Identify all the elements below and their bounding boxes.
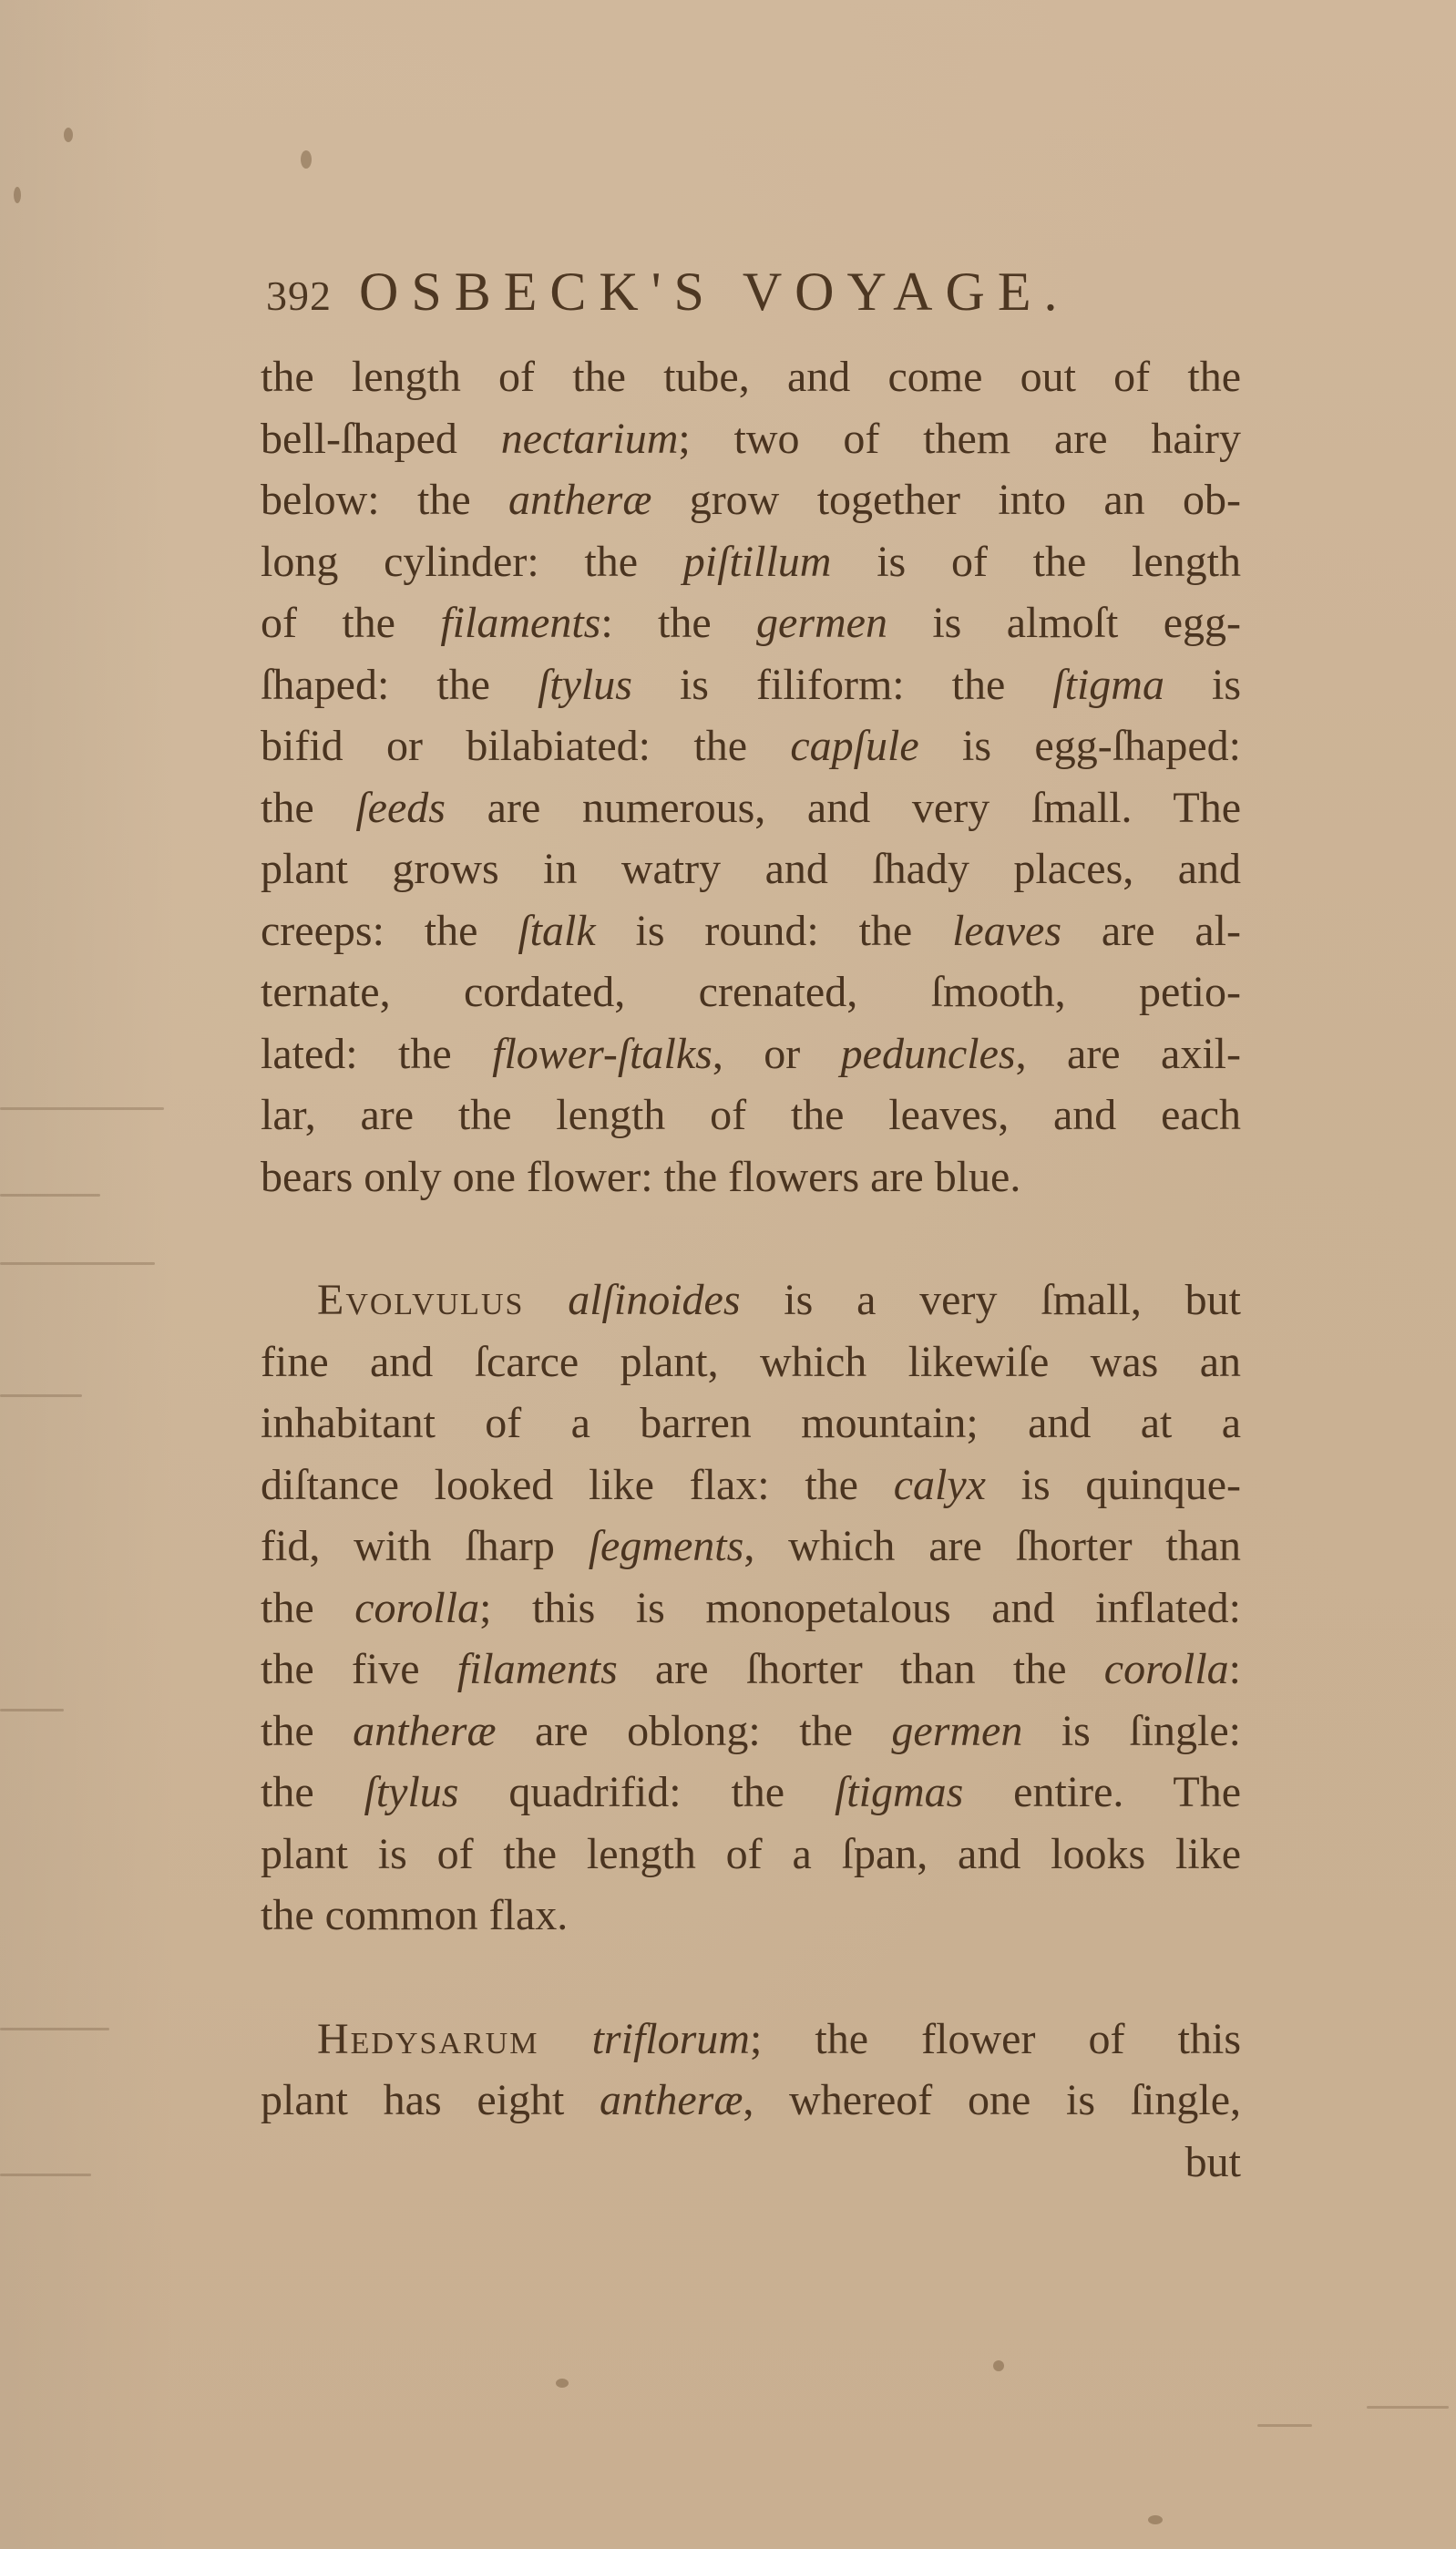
- text-line: plant has eight antheræ, whereof one is …: [261, 2070, 1241, 2132]
- text-line: inhabitant of a barren mountain; and at …: [261, 1393, 1241, 1454]
- paragraph-gap: [261, 1947, 1241, 2009]
- margin-mark: [0, 1394, 82, 1397]
- text-line: the five filaments are ſhorter than the …: [261, 1639, 1241, 1701]
- margin-mark: [0, 2028, 109, 2030]
- italic-term: piſtillum: [683, 538, 832, 586]
- paragraph-evolvulus: Evolvulus alſinoides is a very ſmall, bu…: [261, 1269, 1241, 1947]
- text-line: creeps: the ſtalk is round: the leaves a…: [261, 900, 1241, 962]
- text-line: the ſtylus quadrifid: the ſtigmas entire…: [261, 1762, 1241, 1824]
- paper-speck: [14, 187, 21, 203]
- paper-speck: [64, 128, 73, 142]
- text-line: plant is of the length of a ſpan, and lo…: [261, 1824, 1241, 1886]
- text-line: ternate, cordated, crenated, ſmooth, pet…: [261, 961, 1241, 1023]
- text-line: bifid or bilabiated: the capſule is egg-…: [261, 715, 1241, 777]
- margin-mark: [0, 1107, 164, 1110]
- margin-mark: [0, 1194, 100, 1197]
- genus-name: Evolvulus: [317, 1276, 524, 1324]
- italic-term: leaves: [952, 907, 1061, 955]
- text-line: lated: the flower-ſtalks, or peduncles, …: [261, 1023, 1241, 1085]
- italic-term: alſinoides: [568, 1276, 740, 1324]
- text-line: the antheræ are oblong: the germen is ſi…: [261, 1701, 1241, 1763]
- italic-term: ſtylus: [538, 661, 632, 709]
- text-line: bears only one flower: the flowers are b…: [261, 1146, 1241, 1208]
- page-margin-shadow: [0, 0, 173, 2549]
- italic-term: triflorum: [592, 2015, 750, 2063]
- running-head: OSBECK'S VOYAGE.: [359, 261, 1070, 324]
- margin-mark: [0, 1262, 155, 1265]
- italic-term: peduncles: [841, 1030, 1016, 1078]
- catchword: but: [261, 2132, 1241, 2194]
- italic-term: ſtigma: [1052, 661, 1164, 709]
- text-line: diſtance looked like flax: the calyx is …: [261, 1454, 1241, 1516]
- text-line: bell-ſhaped nectarium; two of them are h…: [261, 408, 1241, 470]
- italic-term: filaments: [440, 599, 600, 647]
- text-line: Evolvulus alſinoides is a very ſmall, bu…: [261, 1269, 1241, 1331]
- text-line: the corolla; this is monopetalous and in…: [261, 1578, 1241, 1639]
- italic-term: germen: [756, 599, 887, 647]
- paper-speck: [301, 150, 312, 169]
- genus-name: Hedysarum: [317, 2015, 538, 2063]
- page-header: 392 OSBECK'S VOYAGE.: [266, 261, 1250, 324]
- italic-term: flower-ſtalks: [492, 1030, 713, 1078]
- italic-term: antheræ: [353, 1707, 496, 1755]
- paragraph-hedysarum: Hedysarum triflorum; the flower of thisp…: [261, 2009, 1241, 2132]
- italic-term: corolla: [354, 1584, 479, 1632]
- text-line: the length of the tube, and come out of …: [261, 346, 1241, 408]
- text-line: fid, with ſharp ſegments, which are ſhor…: [261, 1516, 1241, 1578]
- italic-term: filaments: [457, 1645, 618, 1693]
- text-line: Hedysarum triflorum; the flower of this: [261, 2009, 1241, 2071]
- text-line: plant grows in watry and ſhady places, a…: [261, 838, 1241, 900]
- paragraph-continuation: the length of the tube, and come out of …: [261, 346, 1241, 1208]
- text-line: the ſeeds are numerous, and very ſmall. …: [261, 777, 1241, 839]
- paper-speck: [556, 2379, 569, 2388]
- text-line: ſhaped: the ſtylus is filiform: the ſtig…: [261, 654, 1241, 716]
- text-line: of the filaments: the germen is almoſt e…: [261, 592, 1241, 654]
- italic-term: antheræ: [600, 2076, 743, 2124]
- italic-term: corolla: [1104, 1645, 1229, 1693]
- italic-term: calyx: [894, 1461, 986, 1509]
- italic-term: ſegments: [589, 1522, 744, 1570]
- italic-term: ſtigmas: [835, 1768, 963, 1816]
- text-line: the common flax.: [261, 1885, 1241, 1947]
- italic-term: ſtylus: [364, 1768, 458, 1816]
- text-line: below: the antheræ grow together into an…: [261, 469, 1241, 531]
- italic-term: germen: [891, 1707, 1022, 1755]
- text-line: long cylinder: the piſtillum is of the l…: [261, 531, 1241, 593]
- margin-mark: [1367, 2406, 1449, 2409]
- italic-term: ſtalk: [518, 907, 595, 955]
- italic-term: ſeeds: [355, 784, 446, 832]
- page-number: 392: [266, 272, 332, 320]
- paragraph-gap: [261, 1208, 1241, 1269]
- italic-term: antheræ: [508, 476, 651, 524]
- text-line: lar, are the length of the leaves, and e…: [261, 1084, 1241, 1146]
- paper-speck: [1148, 2515, 1163, 2524]
- margin-mark: [1257, 2424, 1312, 2427]
- paper-speck: [993, 2360, 1004, 2371]
- italic-term: nectarium: [501, 415, 679, 463]
- margin-mark: [0, 2174, 91, 2176]
- page-body: the length of the tube, and come out of …: [261, 346, 1241, 2193]
- italic-term: capſule: [790, 722, 918, 770]
- margin-mark: [0, 1709, 64, 1711]
- text-line: fine and ſcarce plant, which likewiſe wa…: [261, 1331, 1241, 1393]
